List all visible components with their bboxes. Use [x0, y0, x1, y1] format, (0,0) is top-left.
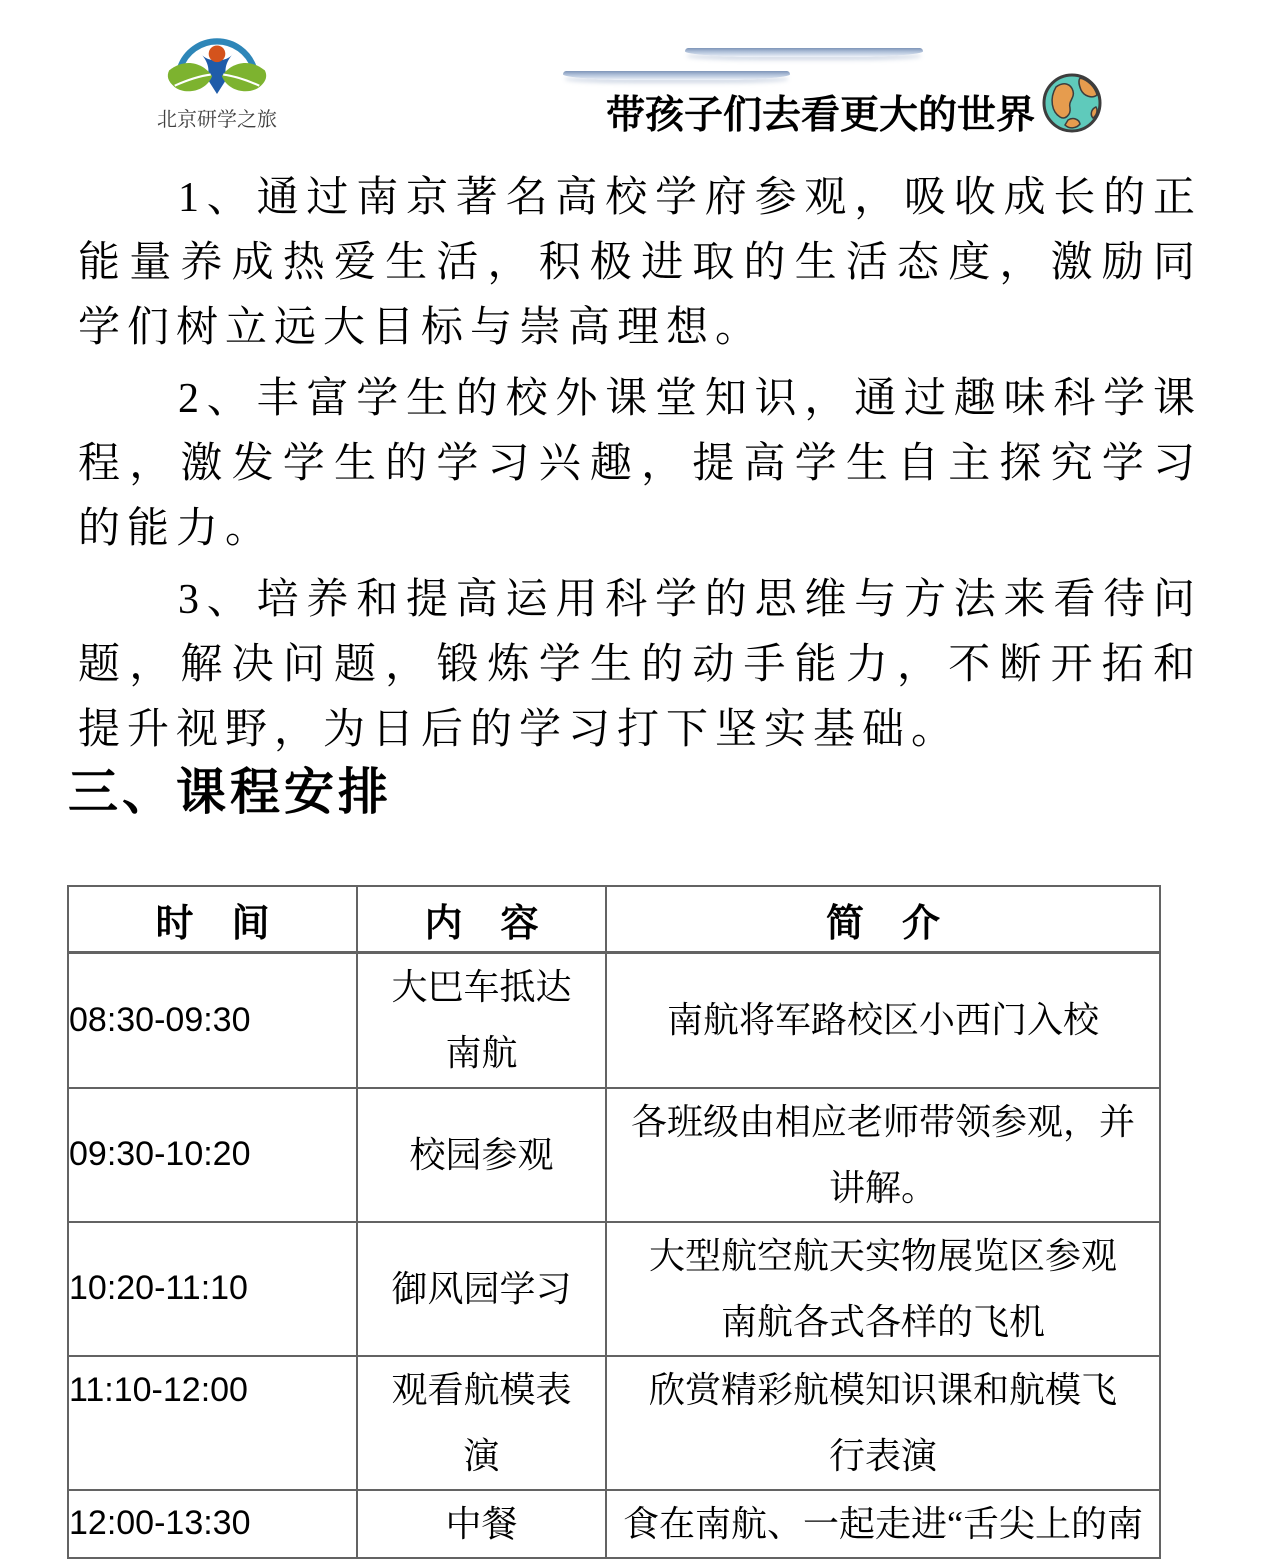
table-row: 12:00-13:30 中餐 食在南航、一起走进“舌尖上的南 [68, 1490, 1160, 1558]
document-page: { "logo": { "text": "北京研学之旅", "colors": … [0, 0, 1280, 1568]
cell-intro: 南航将军路校区小西门入校 [606, 953, 1160, 1088]
globe-icon [1040, 71, 1104, 135]
table-row: 08:30-09:30 大巴车抵达 南航 南航将军路校区小西门入校 [68, 953, 1160, 1088]
header-intro: 简 介 [606, 886, 1160, 953]
cell-time: 08:30-09:30 [68, 953, 357, 1088]
logo-emblem-icon [165, 26, 269, 101]
paragraph-2: 2、丰富学生的校外课堂知识，通过趣味科学课程，激发学生的学习兴趣，提高学生自主探… [78, 367, 1202, 562]
cell-time: 09:30-10:20 [68, 1088, 357, 1222]
paragraph-1: 1、通过南京著名高校学府参观，吸收成长的正能量养成热爱生活，积极进取的生活态度，… [78, 166, 1202, 361]
cell-time: 10:20-11:10 [68, 1222, 357, 1356]
header-slogan: 带孩子们去看更大的世界 [606, 84, 1035, 140]
cell-content: 大巴车抵达 南航 [357, 953, 606, 1088]
cell-content: 中餐 [357, 1490, 606, 1558]
header-time: 时 间 [68, 886, 357, 953]
cell-intro: 大型航空航天实物展览区参观 南航各式各样的飞机 [606, 1222, 1160, 1356]
table-row: 09:30-10:20 校园参观 各班级由相应老师带领参观，并 讲解。 [68, 1088, 1160, 1222]
decorative-swoosh-top [685, 48, 923, 57]
table-row: 10:20-11:10 御风园学习 大型航空航天实物展览区参观 南航各式各样的飞… [68, 1222, 1160, 1356]
body-text: 1、通过南京著名高校学府参观，吸收成长的正能量养成热爱生活，积极进取的生活态度，… [78, 166, 1202, 763]
cell-intro: 食在南航、一起走进“舌尖上的南 [606, 1490, 1160, 1558]
section-heading: 三、课程安排 [68, 760, 392, 824]
paragraph-3: 3、培养和提高运用科学的思维与方法来看待问题，解决问题，锻炼学生的动手能力，不断… [78, 568, 1202, 763]
cell-content: 观看航模表 演 [357, 1356, 606, 1490]
cell-intro: 各班级由相应老师带领参观，并 讲解。 [606, 1088, 1160, 1222]
logo: 北京研学之旅 [153, 26, 281, 132]
cell-time: 12:00-13:30 [68, 1490, 357, 1558]
schedule-table: 时 间 内 容 简 介 08:30-09:30 大巴车抵达 南航 南航将军路校区… [67, 885, 1161, 1559]
decorative-swoosh-bottom [563, 71, 790, 80]
cell-time: 11:10-12:00 [68, 1356, 357, 1490]
cell-content: 御风园学习 [357, 1222, 606, 1356]
cell-intro: 欣赏精彩航模知识课和航模飞 行表演 [606, 1356, 1160, 1490]
table-row: 11:10-12:00 观看航模表 演 欣赏精彩航模知识课和航模飞 行表演 [68, 1356, 1160, 1490]
header-content: 内 容 [357, 886, 606, 953]
cell-content: 校园参观 [357, 1088, 606, 1222]
logo-text: 北京研学之旅 [153, 103, 281, 132]
table-header-row: 时 间 内 容 简 介 [68, 886, 1160, 953]
